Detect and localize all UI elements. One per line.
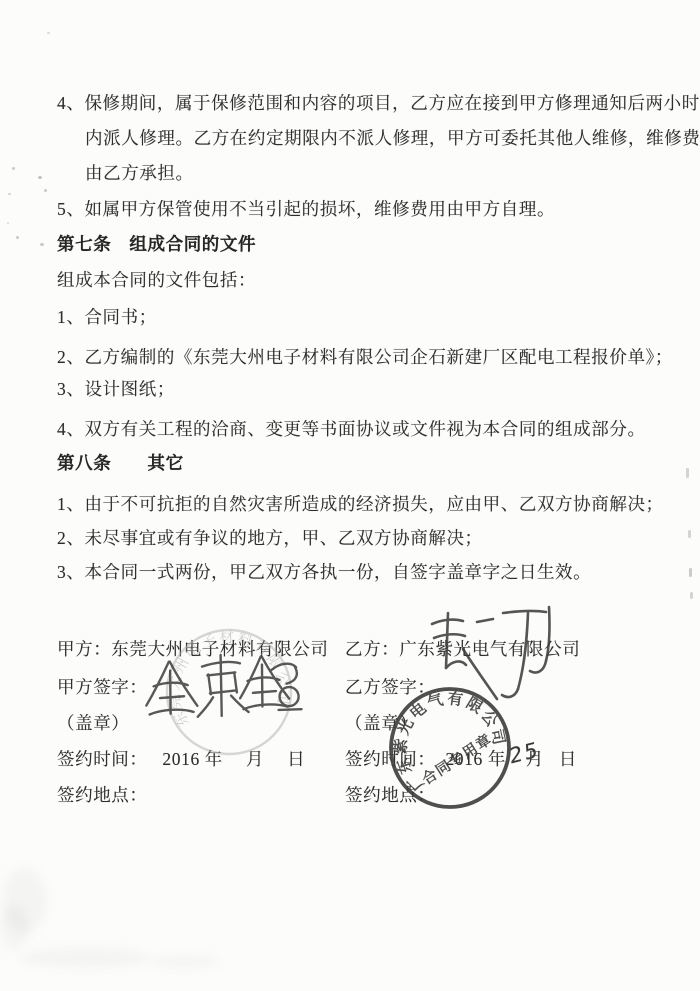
scan-speckle — [16, 236, 19, 239]
scan-speckle — [12, 167, 15, 170]
party-a-sign-label: 甲方签字： — [57, 670, 148, 705]
scan-speckle — [38, 176, 42, 179]
scan-smudge — [20, 948, 150, 968]
scan-speckle — [689, 568, 692, 577]
party-b-date-line: 签约时间： 2016 年 月 日 — [345, 742, 577, 777]
clause-warranty-item5: 5、如属甲方保管使用不当引起的损坏，维修费用由甲方自理。 — [57, 192, 555, 227]
article7-item-2: 2、乙方编制的《东莞大州电子材料有限公司企石新建厂区配电工程报价单》； — [57, 340, 673, 375]
party-b-name-line: 乙方：广东紫光电气有限公司 — [345, 632, 580, 667]
party-a-date-line: 签约时间： 2016 年 月 日 — [57, 742, 305, 777]
scan-speckle — [686, 468, 689, 478]
scan-speckle — [7, 222, 9, 224]
article7-intro: 组成本合同的文件包括： — [57, 263, 256, 298]
scan-speckle — [44, 189, 47, 192]
article8-heading: 第八条 其它 — [57, 446, 184, 481]
party-b-seal-label: （盖章） — [345, 706, 417, 741]
scan-speckle — [40, 243, 44, 246]
party-a-seal-label: （盖章） — [57, 706, 129, 741]
scan-speckle — [688, 530, 691, 538]
party-a-place-label: 签约地点： — [57, 778, 148, 813]
party-b-place-label: 签约地点： — [345, 778, 436, 813]
article8-item-2: 2、未尽事宜或有争议的地方，甲、乙双方协商解决； — [57, 521, 483, 556]
scan-speckle — [47, 32, 50, 34]
article7-item-1: 1、合同书； — [57, 300, 157, 335]
scan-smudge — [0, 905, 28, 950]
article7-item-4: 4、双方有关工程的洽商、变更等书面协议或文件视为本合同的组成部分。 — [57, 412, 646, 447]
scanned-contract-page: 4、保修期间，属于保修范围和内容的项目，乙方应在接到甲方修理通知后两小时内派人修… — [0, 0, 700, 991]
scan-speckle — [8, 193, 11, 195]
scan-smudge — [150, 956, 220, 968]
article8-item-3: 3、本合同一式两份，甲乙双方各执一份，自签字盖章字之日生效。 — [57, 555, 591, 590]
party-b-sign-label: 乙方签字： — [345, 670, 436, 705]
article7-item-3: 3、设计图纸； — [57, 372, 175, 407]
clause-warranty-item4: 4、保修期间，属于保修范围和内容的项目，乙方应在接到甲方修理通知后两小时内派人修… — [57, 86, 700, 191]
article8-item-1: 1、由于不可抗拒的自然灾害所造成的经济损失，应由甲、乙双方协商解决； — [57, 487, 664, 522]
party-a-name-line: 甲方：东莞大州电子材料有限公司 — [57, 632, 329, 667]
article7-heading: 第七条 组成合同的文件 — [57, 227, 256, 262]
scan-speckle — [690, 592, 693, 599]
